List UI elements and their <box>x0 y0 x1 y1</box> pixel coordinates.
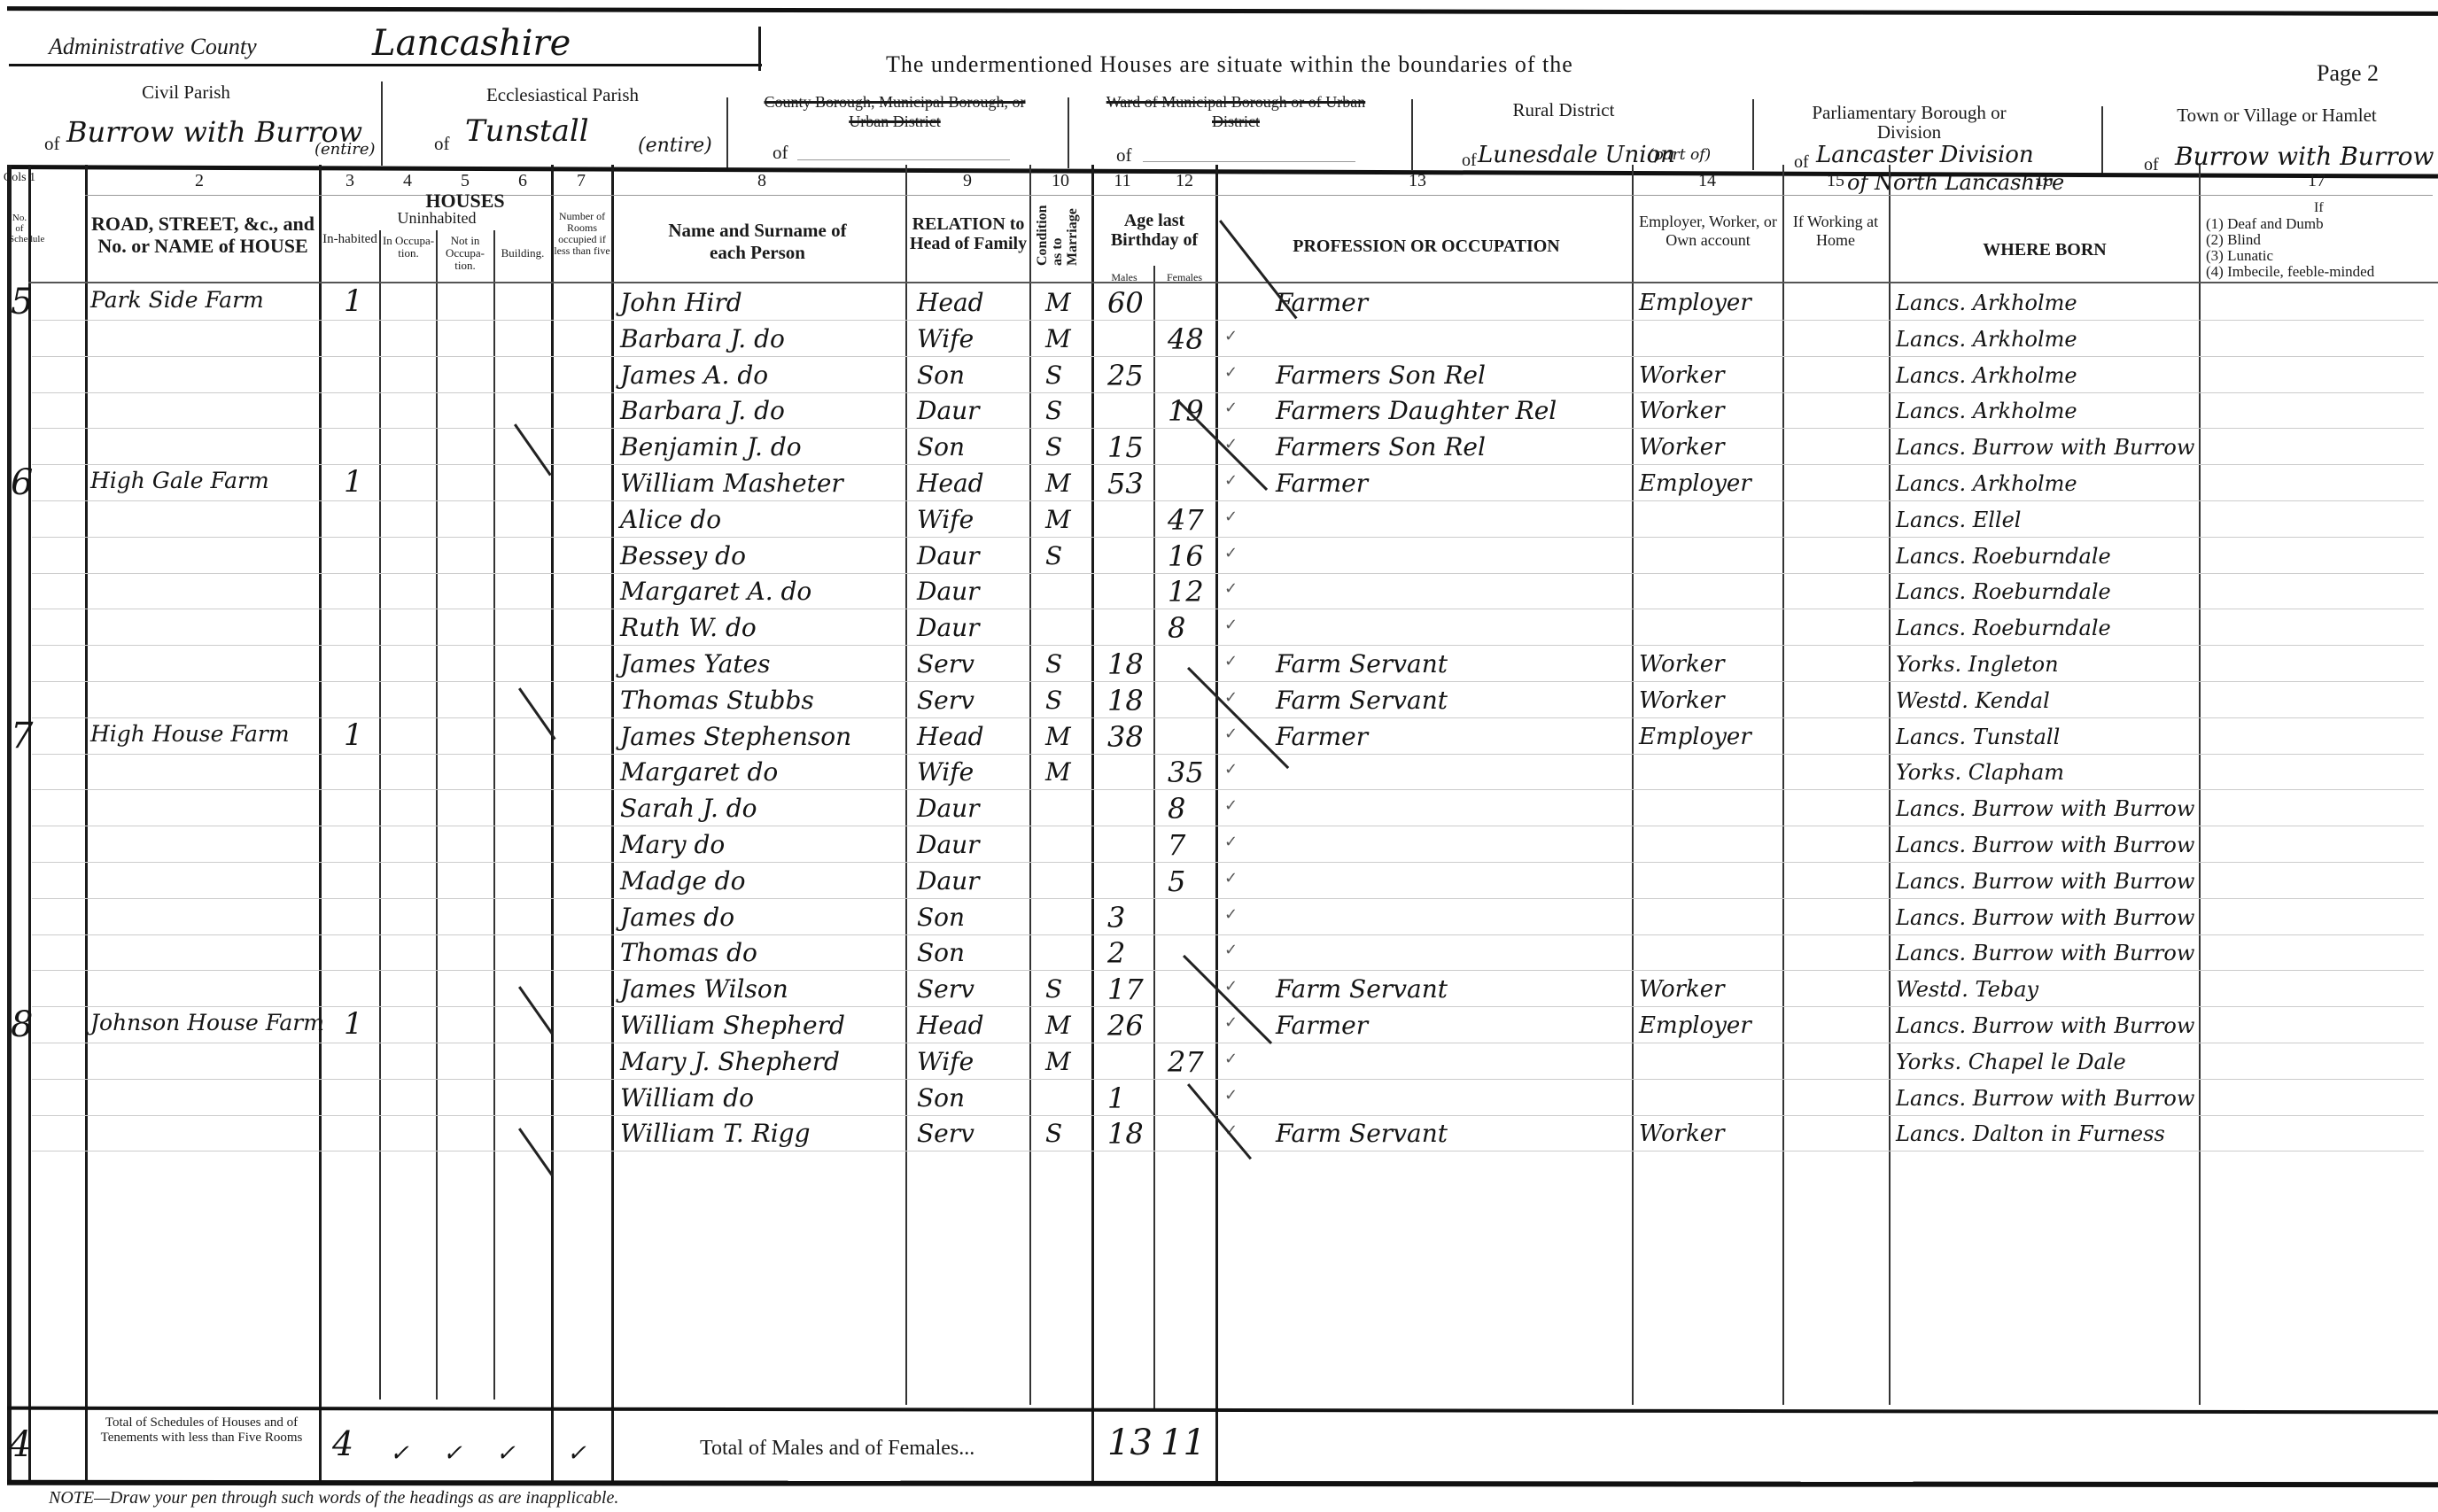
male-age: 18 <box>1107 1116 1144 1151</box>
relation: Son <box>917 1081 965 1116</box>
check-mark: ✓ <box>1224 977 1238 996</box>
person-name: Alice do <box>620 502 721 538</box>
female-age: 5 <box>1168 864 1185 899</box>
schedule-number: 6 <box>11 462 33 503</box>
person-name: William T. Rigg <box>620 1116 811 1151</box>
check-mark: ✓ <box>1224 363 1238 382</box>
relation: Head <box>917 1008 984 1043</box>
column-number: 12 <box>1158 171 1211 191</box>
total-males: 13 <box>1107 1423 1153 1463</box>
check-mark: ✓ <box>1224 399 1238 417</box>
condition: M <box>1045 466 1071 501</box>
table-row: Bessey doDaurS16Lancs. Roeburndale✓ <box>0 539 2438 574</box>
col-in-occupation-header: In Occupa-tion. <box>381 235 436 260</box>
check-mark: ✓ <box>1224 616 1238 634</box>
ecclesiastical-parish-value: Tunstall <box>465 113 589 149</box>
table-row: Thomas doSon2Lancs. Burrow with Burrow✓ <box>0 935 2438 971</box>
check-mark: ✓ <box>1224 579 1238 598</box>
condition: S <box>1045 647 1062 682</box>
total-persons-label: Total of Males and of Females... <box>700 1437 974 1461</box>
condition: M <box>1045 1008 1071 1043</box>
column-number: 15 <box>1809 171 1862 191</box>
male-age: 26 <box>1107 1008 1144 1043</box>
female-age: 48 <box>1168 322 1204 357</box>
town-label: Town or Village or Hamlet <box>2126 105 2427 127</box>
relation: Son <box>917 430 965 465</box>
col-schedule-header: No. of Schedule <box>9 213 30 244</box>
column-number: 14 <box>1681 171 1734 191</box>
relation: Head <box>917 719 984 755</box>
col-infirmity-header: (1) Deaf and Dumb(2) Blind(3) Lunatic(4)… <box>2206 216 2374 280</box>
condition: S <box>1045 539 1062 574</box>
footnote: NOTE—Draw your pen through such words of… <box>49 1488 618 1508</box>
relation: Daur <box>917 791 980 826</box>
person-name: William Shepherd <box>620 1008 845 1043</box>
column-number: 10 <box>1034 171 1087 191</box>
table-row: Madge doDaur5Lancs. Burrow with Burrow✓ <box>0 864 2438 899</box>
check-mark: ✓ <box>1224 1013 1238 1032</box>
relation: Serv <box>917 647 974 682</box>
column-number: 4 <box>381 171 434 191</box>
col-road-header: ROAD, STREET, &c., and No. or NAME of HO… <box>89 213 317 257</box>
relation: Son <box>917 935 965 971</box>
inhabited-count: 1 <box>344 717 363 753</box>
column-number: 13 <box>1391 171 1444 191</box>
rural-district-label: Rural District <box>1453 99 1674 121</box>
birthplace: Lancs. Burrow with Burrow <box>1896 935 2194 971</box>
inhabited-count: 1 <box>344 1006 363 1042</box>
intro-text: The undermentioned Houses are situate wi… <box>886 51 1573 78</box>
col-uninhabited-header: Uninhabited <box>381 209 493 228</box>
condition: S <box>1045 683 1062 718</box>
check-mark: ✓ <box>1224 508 1238 526</box>
birthplace: Lancs. Dalton in Furness <box>1896 1116 2165 1151</box>
occupation: Farmers Son Rel <box>1276 358 1486 393</box>
check-mark: ✓ <box>1224 327 1238 345</box>
birthplace: Westd. Tebay <box>1896 972 2038 1007</box>
county-borough-of: of <box>773 142 788 164</box>
female-age: 35 <box>1168 755 1204 790</box>
col-rooms-header: Number of Rooms occupied if less than fi… <box>553 211 611 257</box>
schedule-number: 8 <box>11 1004 33 1045</box>
total-schedules: 4 <box>9 1424 31 1465</box>
birthplace: Lancs. Burrow with Burrow <box>1896 430 2194 465</box>
table-row: Mary J. ShepherdWifeM27Yorks. Chapel le … <box>0 1044 2438 1080</box>
person-name: Mary J. Shepherd <box>620 1044 840 1080</box>
relation: Daur <box>917 864 980 899</box>
employment: Employer <box>1639 285 1751 321</box>
relation: Serv <box>917 972 974 1007</box>
male-age: 25 <box>1107 358 1144 393</box>
female-age: 12 <box>1168 574 1204 609</box>
household-entry: 6High Gale Farm1 <box>0 466 620 501</box>
column-number: 16 <box>2017 171 2070 191</box>
schedule-number: 5 <box>11 282 33 322</box>
person-name: William Masheter <box>620 466 843 501</box>
column-number: 11 <box>1096 171 1149 191</box>
column-number: 5 <box>439 171 492 191</box>
condition: M <box>1045 755 1071 790</box>
house-name: Johnson House Farm <box>90 1010 324 1035</box>
person-name: John Hird <box>620 285 742 321</box>
column-number: 3 <box>323 171 377 191</box>
birthplace: Lancs. Roeburndale <box>1896 539 2111 574</box>
relation: Daur <box>917 574 980 609</box>
female-age: 27 <box>1168 1044 1204 1080</box>
male-age: 2 <box>1107 935 1125 971</box>
table-row: James A. doSonS25Farmers Son RelWorkerLa… <box>0 358 2438 393</box>
table-row: Ruth W. doDaur8Lancs. Roeburndale✓ <box>0 610 2438 646</box>
relation: Daur <box>917 827 980 863</box>
employment: Employer <box>1639 719 1751 755</box>
check-mark: ✓ <box>1224 760 1238 779</box>
person-name: Thomas Stubbs <box>620 683 814 718</box>
person-name: Mary do <box>620 827 725 863</box>
relation: Son <box>917 900 965 935</box>
inhabited-count: 1 <box>344 283 363 319</box>
col-condition-header: Condition as to Marriage <box>1035 195 1080 266</box>
female-age: 8 <box>1168 791 1185 826</box>
check-mark: ✓ <box>1224 1086 1238 1105</box>
check-mark: ✓ <box>1224 796 1238 815</box>
birthplace: Lancs. Ellel <box>1896 502 2021 538</box>
birthplace: Lancs. Burrow with Burrow <box>1896 1081 2194 1116</box>
birthplace: Westd. Kendal <box>1896 683 2050 718</box>
occupation: Farmer <box>1276 466 1368 501</box>
table-row: Barbara J. doDaurS19Farmers Daughter Rel… <box>0 393 2438 429</box>
male-age: 18 <box>1107 683 1144 718</box>
household-entry: 7High House Farm1 <box>0 719 620 755</box>
occupation: Farm Servant <box>1276 683 1448 718</box>
employment: Worker <box>1639 683 1725 718</box>
parliamentary-label: Parliamentary Borough or Division <box>1790 103 2029 142</box>
relation: Head <box>917 285 984 321</box>
table-row: Benjamin J. doSonS15Farmers Son RelWorke… <box>0 430 2438 465</box>
col-not-in-occupation-header: Not in Occupa-tion. <box>438 235 493 272</box>
table-row: James YatesServS18Farm ServantWorkerYork… <box>0 647 2438 682</box>
employment: Worker <box>1639 358 1725 393</box>
relation: Wife <box>917 322 974 357</box>
ward-of: of <box>1116 144 1132 167</box>
ecclesiastical-parish-label: Ecclesiastical Parish <box>416 84 709 106</box>
check-mark: ✓ <box>1224 471 1238 490</box>
check-mark: ✓ <box>1224 941 1238 959</box>
relation: Wife <box>917 1044 974 1080</box>
col-name-header: Name and Surname of each Person <box>656 220 859 264</box>
birthplace: Yorks. Clapham <box>1896 755 2064 790</box>
birthplace: Lancs. Burrow with Burrow <box>1896 864 2194 899</box>
relation: Serv <box>917 1116 974 1151</box>
person-name: James A. do <box>620 358 768 393</box>
male-age: 38 <box>1107 719 1144 755</box>
table-row: Mary doDaur7Lancs. Burrow with Burrow✓ <box>0 827 2438 863</box>
table-row: William doSon1Lancs. Burrow with Burrow✓ <box>0 1081 2438 1116</box>
female-age: 7 <box>1168 827 1185 863</box>
person-name: James Stephenson <box>620 719 851 755</box>
birthplace: Lancs. Arkholme <box>1896 322 2077 357</box>
col-infirmity-if: If <box>2314 200 2324 216</box>
house-name: High Gale Farm <box>90 468 269 493</box>
condition: M <box>1045 1044 1071 1080</box>
male-age: 53 <box>1107 466 1144 501</box>
relation: Daur <box>917 393 980 429</box>
rural-district-note: (part of) <box>1648 146 1711 164</box>
table-row: Barbara J. doWifeM48Lancs. Arkholme✓ <box>0 322 2438 357</box>
condition: S <box>1045 393 1062 429</box>
check-mark: ✓ <box>1224 869 1238 888</box>
person-name: Barbara J. do <box>620 322 785 357</box>
total-check-mark: ✓ <box>567 1440 586 1467</box>
table-row: Alice doWifeM47Lancs. Ellel✓ <box>0 502 2438 538</box>
page-number: Page 2 <box>2317 60 2379 87</box>
person-name: James Yates <box>620 647 771 682</box>
house-name: Park Side Farm <box>90 287 264 313</box>
relation: Wife <box>917 502 974 538</box>
occupation: Farmer <box>1276 285 1368 321</box>
total-check-mark: ✓ <box>390 1440 409 1467</box>
person-name: Benjamin J. do <box>620 430 802 465</box>
birthplace: Lancs. Arkholme <box>1896 358 2077 393</box>
column-number: 6 <box>496 171 549 191</box>
check-mark: ✓ <box>1224 544 1238 562</box>
occupation: Farm Servant <box>1276 1116 1448 1151</box>
person-name: James Wilson <box>620 972 788 1007</box>
male-age: 17 <box>1107 972 1144 1007</box>
column-number: 8 <box>735 171 788 191</box>
check-mark: ✓ <box>1224 833 1238 851</box>
rural-district-of: of <box>1462 151 1477 171</box>
table-row: Sarah J. doDaur8Lancs. Burrow with Burro… <box>0 791 2438 826</box>
check-mark: ✓ <box>1224 1050 1238 1068</box>
birthplace: Lancs. Burrow with Burrow <box>1896 1008 2194 1043</box>
birthplace: Lancs. Arkholme <box>1896 466 2077 501</box>
county-value: Lancashire <box>372 23 571 64</box>
relation: Serv <box>917 683 974 718</box>
total-schedules-label: Total of Schedules of Houses and of Tene… <box>89 1415 314 1446</box>
person-name: William do <box>620 1081 754 1116</box>
condition: M <box>1045 322 1071 357</box>
check-mark: ✓ <box>1224 905 1238 924</box>
condition: S <box>1045 358 1062 393</box>
condition: M <box>1045 502 1071 538</box>
column-number: 17 <box>2290 171 2343 191</box>
employment: Employer <box>1639 466 1751 501</box>
column-number: 2 <box>173 171 226 191</box>
condition: S <box>1045 972 1062 1007</box>
occupation: Farmers Son Rel <box>1276 430 1486 465</box>
birthplace: Lancs. Burrow with Burrow <box>1896 900 2194 935</box>
household-entry: 8Johnson House Farm1 <box>0 1008 620 1043</box>
birthplace: Lancs. Burrow with Burrow <box>1896 827 2194 863</box>
relation: Wife <box>917 755 974 790</box>
total-check-mark: ✓ <box>496 1440 516 1467</box>
employment: Worker <box>1639 430 1725 465</box>
total-inhabited: 4 <box>332 1424 353 1463</box>
schedule-number: 7 <box>11 716 33 756</box>
occupation: Farmers Daughter Rel <box>1276 393 1557 429</box>
column-number: 7 <box>555 171 608 191</box>
civil-parish-of: of <box>44 133 60 155</box>
person-name: Madge do <box>620 864 745 899</box>
employment: Worker <box>1639 1116 1725 1151</box>
column-number: Cols 1 <box>0 171 46 185</box>
person-name: James do <box>620 900 734 935</box>
occupation: Farm Servant <box>1276 647 1448 682</box>
col-relation-header: RELATION to Head of Family <box>909 214 1028 253</box>
household-entry: 5Park Side Farm1 <box>0 285 620 321</box>
column-number: 9 <box>941 171 994 191</box>
col-occupation-header: PROFESSION OR OCCUPATION <box>1223 236 1630 258</box>
employment: Employer <box>1639 1008 1751 1043</box>
occupation: Farmer <box>1276 719 1368 755</box>
employment: Worker <box>1639 972 1725 1007</box>
birthplace: Lancs. Arkholme <box>1896 393 2077 429</box>
person-name: Ruth W. do <box>620 610 757 646</box>
ecclesiastical-parish-of: of <box>434 133 450 155</box>
total-females: 11 <box>1161 1423 1206 1463</box>
birthplace: Lancs. Tunstall <box>1896 719 2060 755</box>
birthplace: Lancs. Roeburndale <box>1896 574 2111 609</box>
parliamentary-of: of <box>1794 152 1809 173</box>
male-age: 60 <box>1107 285 1144 321</box>
person-name: Sarah J. do <box>620 791 757 826</box>
person-name: Margaret do <box>620 755 778 790</box>
col-born-header: WHERE BORN <box>1892 239 2197 261</box>
inhabited-count: 1 <box>344 464 363 500</box>
check-mark: ✓ <box>1224 652 1238 671</box>
relation: Daur <box>917 610 980 646</box>
condition: S <box>1045 1116 1062 1151</box>
relation: Daur <box>917 539 980 574</box>
male-age: 1 <box>1107 1081 1125 1116</box>
occupation: Farmer <box>1276 1008 1368 1043</box>
female-age: 8 <box>1168 610 1185 646</box>
occupation: Farm Servant <box>1276 972 1448 1007</box>
col-building-header: Building. <box>494 246 551 260</box>
ecclesiastical-parish-note: (entire) <box>638 135 712 157</box>
birthplace: Lancs. Burrow with Burrow <box>1896 791 2194 826</box>
table-row: Margaret A. doDaur12Lancs. Roeburndale✓ <box>0 574 2438 609</box>
house-name: High House Farm <box>90 721 290 747</box>
total-check-mark: ✓ <box>443 1440 462 1467</box>
civil-parish-note: (entire) <box>314 140 376 159</box>
condition: M <box>1045 719 1071 755</box>
civil-parish-label: Civil Parish <box>53 81 319 104</box>
col-inhabited-header: In-habited <box>322 232 378 246</box>
person-name: Thomas do <box>620 935 757 971</box>
table-row: James doSon3Lancs. Burrow with Burrow✓ <box>0 900 2438 935</box>
ward-label: Ward of Municipal Borough or of Urban Di… <box>1103 92 1369 131</box>
person-name: Bessey do <box>620 539 746 574</box>
female-age: 47 <box>1168 502 1204 538</box>
birthplace: Yorks. Ingleton <box>1896 647 2059 682</box>
female-age: 16 <box>1168 539 1204 574</box>
male-age: 18 <box>1107 647 1144 682</box>
col-employer-header: Employer, Worker, or Own account <box>1635 213 1781 250</box>
condition: S <box>1045 430 1062 465</box>
person-name: Margaret A. do <box>620 574 811 609</box>
person-name: Barbara J. do <box>620 393 785 429</box>
relation: Son <box>917 358 965 393</box>
county-borough-label: County Borough, Municipal Borough, or Ur… <box>762 92 1028 131</box>
rural-district-value: Lunesdale Union <box>1478 142 1675 168</box>
birthplace: Lancs. Arkholme <box>1896 285 2077 321</box>
relation: Head <box>917 466 984 501</box>
employment: Worker <box>1639 393 1725 429</box>
male-age: 3 <box>1107 900 1125 935</box>
condition: M <box>1045 285 1071 321</box>
col-age-header: Age last Birthday of <box>1095 211 1214 250</box>
employment: Worker <box>1639 647 1725 682</box>
col-at-home-header: If Working at Home <box>1784 213 1887 250</box>
check-mark: ✓ <box>1224 725 1238 743</box>
birthplace: Lancs. Roeburndale <box>1896 610 2111 646</box>
table-row: Margaret doWifeM35Yorks. Clapham✓ <box>0 755 2438 790</box>
birthplace: Yorks. Chapel le Dale <box>1896 1044 2126 1080</box>
parliamentary-value: Lancaster Division <box>1816 142 2034 168</box>
town-value: Burrow with Burrow <box>2175 142 2434 171</box>
administrative-county-label: Administrative County <box>49 34 257 60</box>
male-age: 15 <box>1107 430 1144 465</box>
